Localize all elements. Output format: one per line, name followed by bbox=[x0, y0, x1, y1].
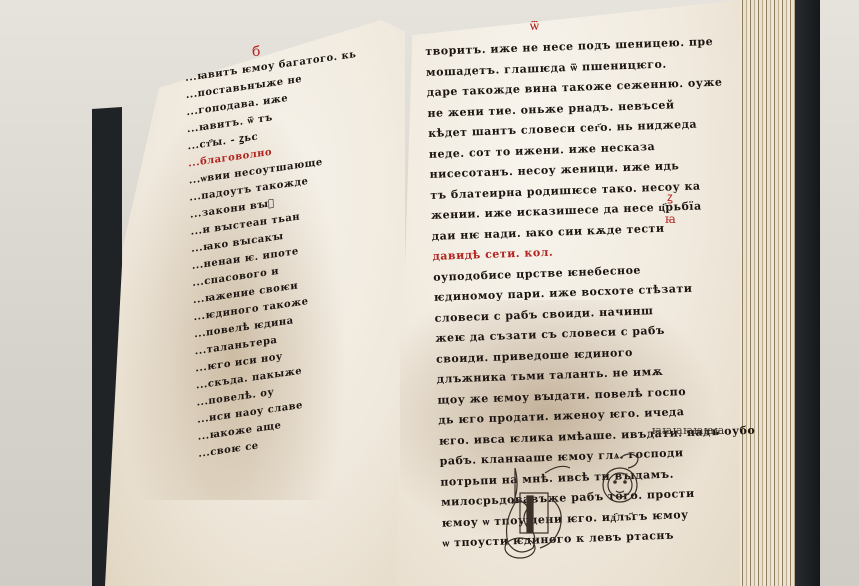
margin-note-top: ꙁ bbox=[667, 188, 673, 205]
right-folio-mark: ѿ bbox=[530, 18, 539, 35]
left-page-text: ...ꙗвитъ ѥмоу багатого. кь...поставьнꙑже… bbox=[185, 46, 370, 463]
decorated-initial-sketch-icon bbox=[495, 458, 575, 568]
right-page-text: творитъ. иже не несе подъ шеницею. премо… bbox=[425, 31, 759, 554]
margin-note-bottom: ꙗ bbox=[665, 212, 676, 226]
marginalia-script: ꙗꙗꙗꙗꙗꙗꙗ bbox=[652, 424, 725, 437]
sun-face-sketch-icon bbox=[598, 450, 648, 515]
left-folio-mark: б bbox=[252, 44, 260, 60]
